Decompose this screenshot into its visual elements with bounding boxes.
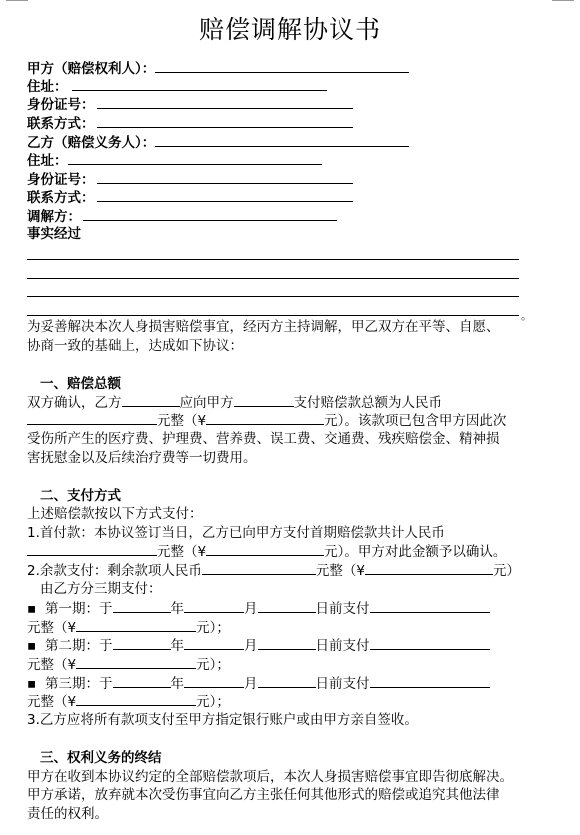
remaining-words-field[interactable] [202, 561, 316, 575]
page-corner-mark-right [552, 0, 574, 1]
s1-text: 元整（¥ [157, 413, 206, 429]
s1-text: 支付赔偿款总额为人民币 [294, 395, 443, 411]
day-label: 日前支付 [316, 601, 370, 617]
section3-line-2: 甲方承诺，放弃就本次受伤事宜向乙方主张任何其他形式的赔偿或追究其他法律 [27, 786, 500, 804]
installment-2-amount: 元整（¥元）； [27, 655, 230, 674]
party-a-row: 甲方（赔偿权利人）： [27, 59, 409, 78]
party-b-id-label: 身份证号： [27, 172, 95, 188]
party-a-id-field[interactable] [97, 95, 353, 109]
page-corner-mark-left [6, 0, 28, 1]
item3: 3.乙方应将所有款项支付至甲方指定银行账户或由甲方亲自签收。 [27, 711, 418, 729]
section1-heading: 一、赔偿总额 [40, 375, 121, 393]
party-a-contact-label: 联系方式： [27, 116, 95, 132]
section3-line-1: 甲方在收到本协议约定的全部赔偿款项后，本次人身损害赔偿事宜即告彻底解决。 [27, 768, 513, 786]
month-label: 月 [244, 676, 258, 692]
party-a-address-row: 住址： [27, 77, 327, 96]
installment-1-amount-words-field[interactable] [370, 599, 490, 613]
intro-line-2: 协商一致的基础上，达成如下协议： [27, 337, 243, 355]
party-a-field[interactable] [155, 59, 409, 73]
section3-heading: 三、权利义务的终结 [40, 749, 162, 767]
bullet-icon: ▪ [27, 600, 45, 618]
installment-1-amount-number-field[interactable] [76, 618, 196, 632]
party-b-id-field[interactable] [97, 170, 353, 184]
party-a-id-row: 身份证号： [27, 95, 353, 114]
day-label: 日前支付 [316, 638, 370, 654]
s1-text: 元）。该款项已包含甲方因此次 [324, 413, 506, 429]
first-payment-words-field[interactable] [27, 542, 157, 556]
installment-1-month-field[interactable] [184, 599, 244, 613]
day-label: 日前支付 [316, 676, 370, 692]
installment-3-amount-words-field[interactable] [370, 674, 490, 688]
installment-1-day-field[interactable] [258, 599, 316, 613]
party-b-contact-row: 联系方式： [27, 188, 353, 207]
month-label: 月 [244, 638, 258, 654]
section2-intro: 上述赔偿款按以下方式支付： [27, 505, 203, 523]
total-amount-words-field[interactable] [27, 411, 157, 425]
section1-line-3: 受伤所产生的医疗费、护理费、营养费、误工费、交通费、残疾赔偿金、精神损 [27, 430, 500, 448]
party-b-address-label: 住址： [27, 153, 68, 169]
installment-3-amount: 元整（¥元）； [27, 692, 230, 711]
party-b-name-field[interactable] [122, 393, 180, 407]
party-b-contact-field[interactable] [97, 188, 353, 202]
party-a-contact-row: 联系方式： [27, 114, 353, 133]
installment-2: ▪第二期：于年月日前支付 [27, 636, 490, 655]
amount-label: 元）； [196, 694, 230, 710]
amount-label: 元整（¥ [27, 694, 76, 710]
party-b-id-row: 身份证号： [27, 170, 353, 189]
item2-line-1: 2.余款支付：剩余款项人民币元整（¥元） [27, 561, 520, 580]
section1-line-1: 双方确认，乙方应向甲方支付赔偿款总额为人民币 [27, 393, 442, 412]
installment-1-amount: 元整（¥元）； [27, 618, 230, 637]
s2-text: 元）。甲方对此金额予以确认。 [324, 544, 506, 560]
year-label: 年 [171, 638, 185, 654]
first-payment-number-field[interactable] [206, 542, 324, 556]
installment-label: 第三期：于 [45, 676, 113, 692]
installment-3-year-field[interactable] [113, 674, 171, 688]
s1-text: 应向甲方 [180, 395, 234, 411]
installment-2-amount-words-field[interactable] [370, 636, 490, 650]
installment-3-amount-number-field[interactable] [76, 692, 196, 706]
s2-text: 元整（¥ [316, 563, 365, 579]
s1-text: 双方确认，乙方 [27, 395, 122, 411]
installment-3-month-field[interactable] [184, 674, 244, 688]
mediator-field[interactable] [83, 207, 337, 221]
year-label: 年 [171, 601, 185, 617]
bullet-icon: ▪ [27, 637, 45, 655]
s2-text: 2.余款支付：剩余款项人民币 [27, 563, 202, 579]
facts-line-1[interactable] [27, 259, 519, 260]
party-a-label: 甲方（赔偿权利人）： [27, 61, 155, 77]
party-b-address-field[interactable] [68, 151, 322, 165]
amount-label: 元整（¥ [27, 620, 76, 636]
party-a-id-label: 身份证号： [27, 97, 95, 113]
party-a-address-field[interactable] [72, 77, 327, 91]
month-label: 月 [244, 601, 258, 617]
party-b-field[interactable] [155, 133, 409, 147]
party-b-address-row: 住址： [27, 151, 322, 170]
facts-label: 事实经过 [27, 225, 81, 243]
party-a-name-field[interactable] [234, 393, 294, 407]
s2-text: 元整（¥ [157, 544, 206, 560]
installment-label: 第一期：于 [45, 601, 113, 617]
intro-line-1: 为妥善解决本次人身损害赔偿事宜，经丙方主持调解，甲乙双方在平等、自愿、 [27, 318, 500, 336]
item1-line-1: 1.首付款：本协议签订当日，乙方已向甲方支付首期赔偿款共计人民币 [27, 524, 445, 542]
installment-2-day-field[interactable] [258, 636, 316, 650]
document-title: 赔偿调解协议书 [0, 13, 580, 47]
amount-label: 元）； [196, 620, 230, 636]
facts-line-3[interactable] [27, 296, 519, 297]
amount-label: 元）； [196, 657, 230, 673]
installment-1-year-field[interactable] [113, 599, 171, 613]
facts-end-mark: 。 [521, 307, 532, 323]
section1-line-4: 害抚慰金以及后续治疗费等一切费用。 [27, 449, 257, 467]
installment-2-year-field[interactable] [113, 636, 171, 650]
installment-label: 第二期：于 [45, 638, 113, 654]
installment-3-day-field[interactable] [258, 674, 316, 688]
section2-heading: 二、支付方式 [40, 487, 121, 505]
bullet-icon: ▪ [27, 675, 45, 693]
installment-1: ▪第一期：于年月日前支付 [27, 599, 490, 618]
item1-line-2: 元整（¥元）。甲方对此金额予以确认。 [27, 542, 506, 561]
installment-2-month-field[interactable] [184, 636, 244, 650]
total-amount-number-field[interactable] [206, 411, 324, 425]
installment-3: ▪第三期：于年月日前支付 [27, 674, 490, 693]
remaining-number-field[interactable] [365, 561, 493, 575]
section1-line-2: 元整（¥元）。该款项已包含甲方因此次 [27, 411, 506, 430]
party-b-contact-label: 联系方式： [27, 190, 95, 206]
year-label: 年 [171, 676, 185, 692]
party-a-contact-field[interactable] [97, 114, 353, 128]
party-a-address-label: 住址： [27, 79, 68, 95]
facts-line-2[interactable] [27, 278, 519, 279]
mediator-label: 调解方： [27, 209, 81, 225]
mediator-row: 调解方： [27, 207, 337, 226]
party-b-label: 乙方（赔偿义务人）： [27, 135, 155, 151]
installment-2-amount-number-field[interactable] [76, 655, 196, 669]
facts-line-4[interactable] [27, 315, 519, 316]
s2-text: 元） [493, 563, 520, 579]
section3-line-3: 责任的权利。 [27, 805, 108, 823]
amount-label: 元整（¥ [27, 657, 76, 673]
party-b-row: 乙方（赔偿义务人）： [27, 133, 409, 152]
item2-line-2: 由乙方分三期支付： [40, 580, 162, 598]
